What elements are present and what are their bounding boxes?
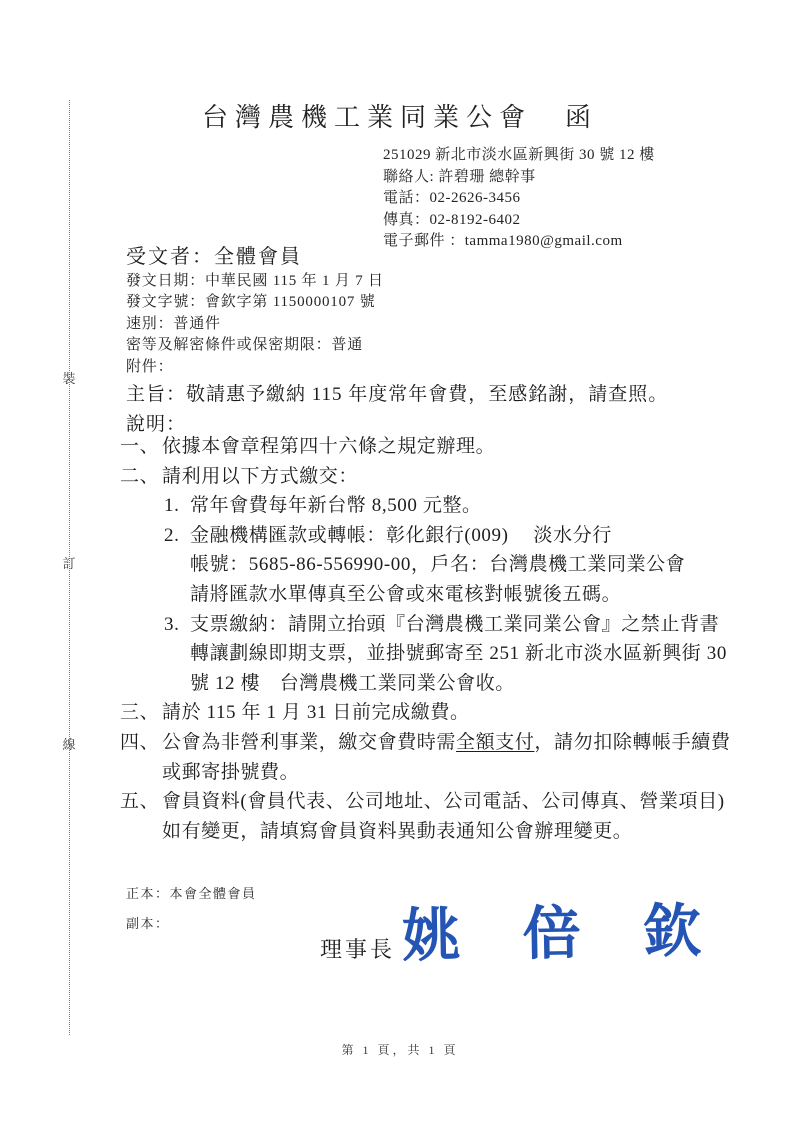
security-line: 密等及解密條件或保密期限：普通 xyxy=(126,335,384,356)
list-marker: 3. xyxy=(164,610,190,640)
list-marker xyxy=(120,758,162,788)
sub-item-2-cont-1: 帳號：5685-86-556990-00，戶名：台灣農機工業同業公會 xyxy=(0,550,800,580)
list-item-3: 三、 請於 115 年 1 月 31 日前完成繳費。 xyxy=(0,698,800,728)
list-marker xyxy=(164,669,190,699)
sub-item-1: 1. 常年會費每年新台幣 8,500 元整。 xyxy=(0,491,800,521)
explanation-list: 一、 依據本會章程第四十六條之規定辦理。 二、 請利用以下方式繳交： 1. 常年… xyxy=(0,432,800,846)
carbon-copy-line: 副本： xyxy=(126,913,170,932)
list-text: 請於 115 年 1 月 31 日前完成繳費。 xyxy=(162,698,470,728)
list-text: 號 12 樓 台灣農機工業同業公會收。 xyxy=(190,669,515,699)
sub-item-3-cont-1: 轉讓劃線即期支票，並掛號郵寄至 251 新北市淡水區新興街 30 xyxy=(0,639,800,669)
contact-person-line: 聯絡人: 許碧珊 總幹事 xyxy=(383,167,655,189)
list-marker: 二、 xyxy=(120,462,162,492)
list-marker: 三、 xyxy=(120,698,162,728)
phone-line: 電話：02-2626-3456 xyxy=(383,188,655,210)
chairman-signature: 姚 倍 欽 xyxy=(401,883,725,973)
recipient-line: 受文者：全體會員 xyxy=(126,240,302,269)
email-line: 電子郵件 ：tamma1980@gmail.com xyxy=(383,231,655,253)
list-item-5: 五、 會員資料(會員代表、公司地址、公司電話、公司傳真、營業項目) xyxy=(0,787,800,817)
list-marker: 2. xyxy=(164,521,190,551)
meta-block: 發文日期：中華民國 115 年 1 月 7 日 發文字號：會欽字第 115000… xyxy=(126,271,384,378)
list-text: 公會為非營利事業，繳交會費時需全額支付，請勿扣除轉帳手續費 xyxy=(162,728,730,758)
list-item-1: 一、 依據本會章程第四十六條之規定辦理。 xyxy=(0,432,800,462)
list-text: 請將匯款水單傳真至公會或來電核對帳號後五碼。 xyxy=(190,580,621,610)
list-text: 帳號：5685-86-556990-00，戶名：台灣農機工業同業公會 xyxy=(190,550,685,580)
speed-line: 速別：普通件 xyxy=(126,314,384,335)
page-title: 台灣農機工業同業公會 函 xyxy=(0,97,800,134)
page-footer: 第 1 頁，共 1 頁 xyxy=(0,1041,800,1058)
list-item-4-cont-1: 或郵寄掛號費。 xyxy=(0,758,800,788)
doc-number-line: 發文字號：會欽字第 1150000107 號 xyxy=(126,292,384,313)
list-text: 支票繳納：請開立抬頭『台灣農機工業同業公會』之禁止背書 xyxy=(190,610,719,640)
attachment-line: 附件： xyxy=(126,357,384,378)
chairman-title: 理事長 xyxy=(320,933,395,964)
original-copy-line: 正本：本會全體會員 xyxy=(126,883,257,902)
list-item-2: 二、 請利用以下方式繳交： xyxy=(0,462,800,492)
list-text: 常年會費每年新台幣 8,500 元整。 xyxy=(190,491,482,521)
binding-char-zhuang: 裝 xyxy=(62,372,75,385)
list-text: 會員資料(會員代表、公司地址、公司電話、公司傳真、營業項目) xyxy=(162,787,725,817)
list-text: 依據本會章程第四十六條之規定辦理。 xyxy=(162,432,495,462)
contact-block: 251029 新北市淡水區新興街 30 號 12 樓 聯絡人: 許碧珊 總幹事 … xyxy=(383,145,655,253)
list-marker xyxy=(164,550,190,580)
list-text: 請利用以下方式繳交： xyxy=(162,462,358,492)
sub-item-2: 2. 金融機構匯款或轉帳：彰化銀行(009) 淡水分行 xyxy=(0,521,800,551)
list-marker: 一、 xyxy=(120,432,162,462)
list-text: 轉讓劃線即期支票，並掛號郵寄至 251 新北市淡水區新興街 30 xyxy=(190,639,727,669)
underlined-text: 全額支付 xyxy=(456,732,534,753)
sub-item-2-cont-2: 請將匯款水單傳真至公會或來電核對帳號後五碼。 xyxy=(0,580,800,610)
list-text: 金融機構匯款或轉帳：彰化銀行(009) 淡水分行 xyxy=(190,521,612,551)
sub-item-3: 3. 支票繳納：請開立抬頭『台灣農機工業同業公會』之禁止背書 xyxy=(0,610,800,640)
list-marker xyxy=(164,580,190,610)
list-text: 如有變更，請填寫會員資料異動表通知公會辦理變更。 xyxy=(162,817,632,847)
issue-date-line: 發文日期：中華民國 115 年 1 月 7 日 xyxy=(126,271,384,292)
list-item-4: 四、 公會為非營利事業，繳交會費時需全額支付，請勿扣除轉帳手續費 xyxy=(0,728,800,758)
list-marker: 五、 xyxy=(120,787,162,817)
list-text-post: ，請勿扣除轉帳手續費 xyxy=(534,732,730,753)
fax-line: 傳真：02-8192-6402 xyxy=(383,210,655,232)
sub-item-3-cont-2: 號 12 樓 台灣農機工業同業公會收。 xyxy=(0,669,800,699)
list-text: 或郵寄掛號費。 xyxy=(162,758,299,788)
list-marker: 1. xyxy=(164,491,190,521)
subject-line: 主旨：敬請惠予繳納 115 年度常年會費，至感銘謝，請查照。 xyxy=(126,379,668,406)
address-line: 251029 新北市淡水區新興街 30 號 12 樓 xyxy=(383,145,655,167)
list-item-5-cont-1: 如有變更，請填寫會員資料異動表通知公會辦理變更。 xyxy=(0,817,800,847)
list-marker: 四、 xyxy=(120,728,162,758)
list-marker xyxy=(164,639,190,669)
list-text-pre: 公會為非營利事業，繳交會費時需 xyxy=(162,732,456,753)
list-marker xyxy=(120,817,162,847)
